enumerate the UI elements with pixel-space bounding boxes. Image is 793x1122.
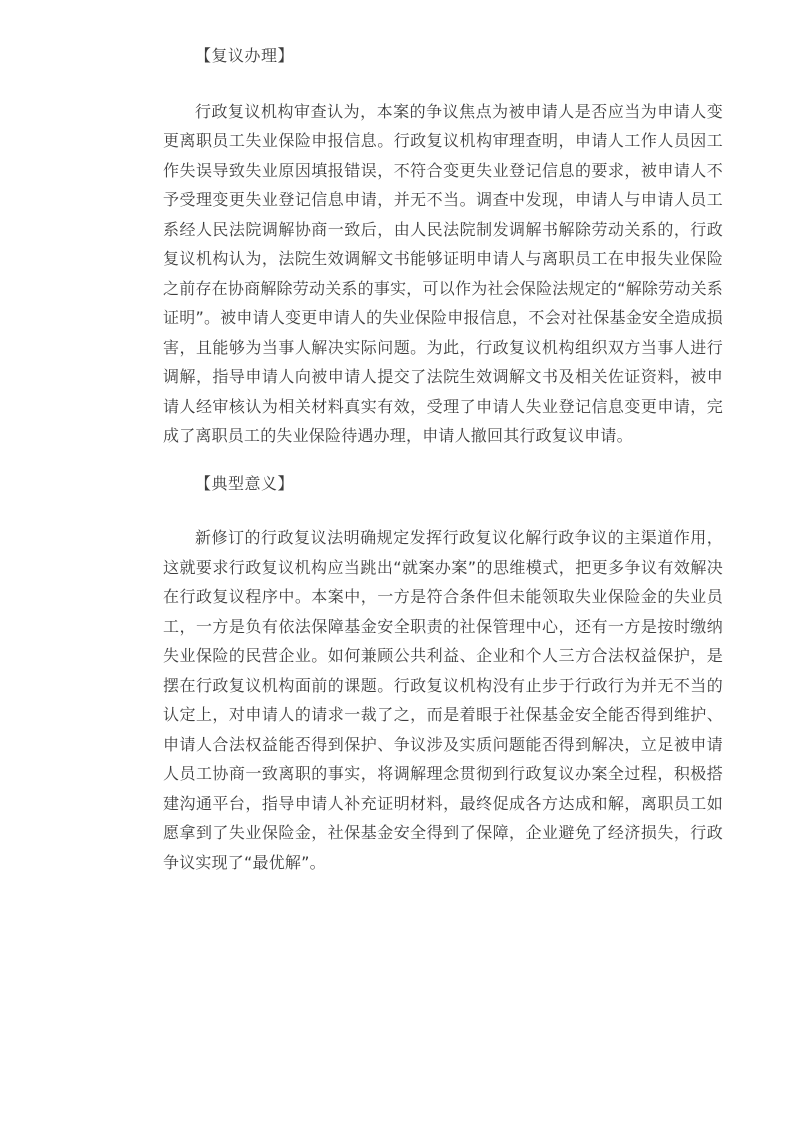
section-heading-typical-significance: 【典型意义】 <box>163 469 723 499</box>
body-paragraph-review-handling: 行政复议机构审查认为，本案的争议焦点为被申请人是否应当为申请人变更离职员工失业保… <box>163 97 723 451</box>
document-page: 【复议办理】 行政复议机构审查认为，本案的争议焦点为被申请人是否应当为申请人变更… <box>0 0 793 1122</box>
section-heading-review-handling: 【复议办理】 <box>163 41 723 71</box>
body-paragraph-typical-significance: 新修订的行政复议法明确规定发挥行政复议化解行政争议的主渠道作用，这就要求行政复议… <box>163 523 723 877</box>
